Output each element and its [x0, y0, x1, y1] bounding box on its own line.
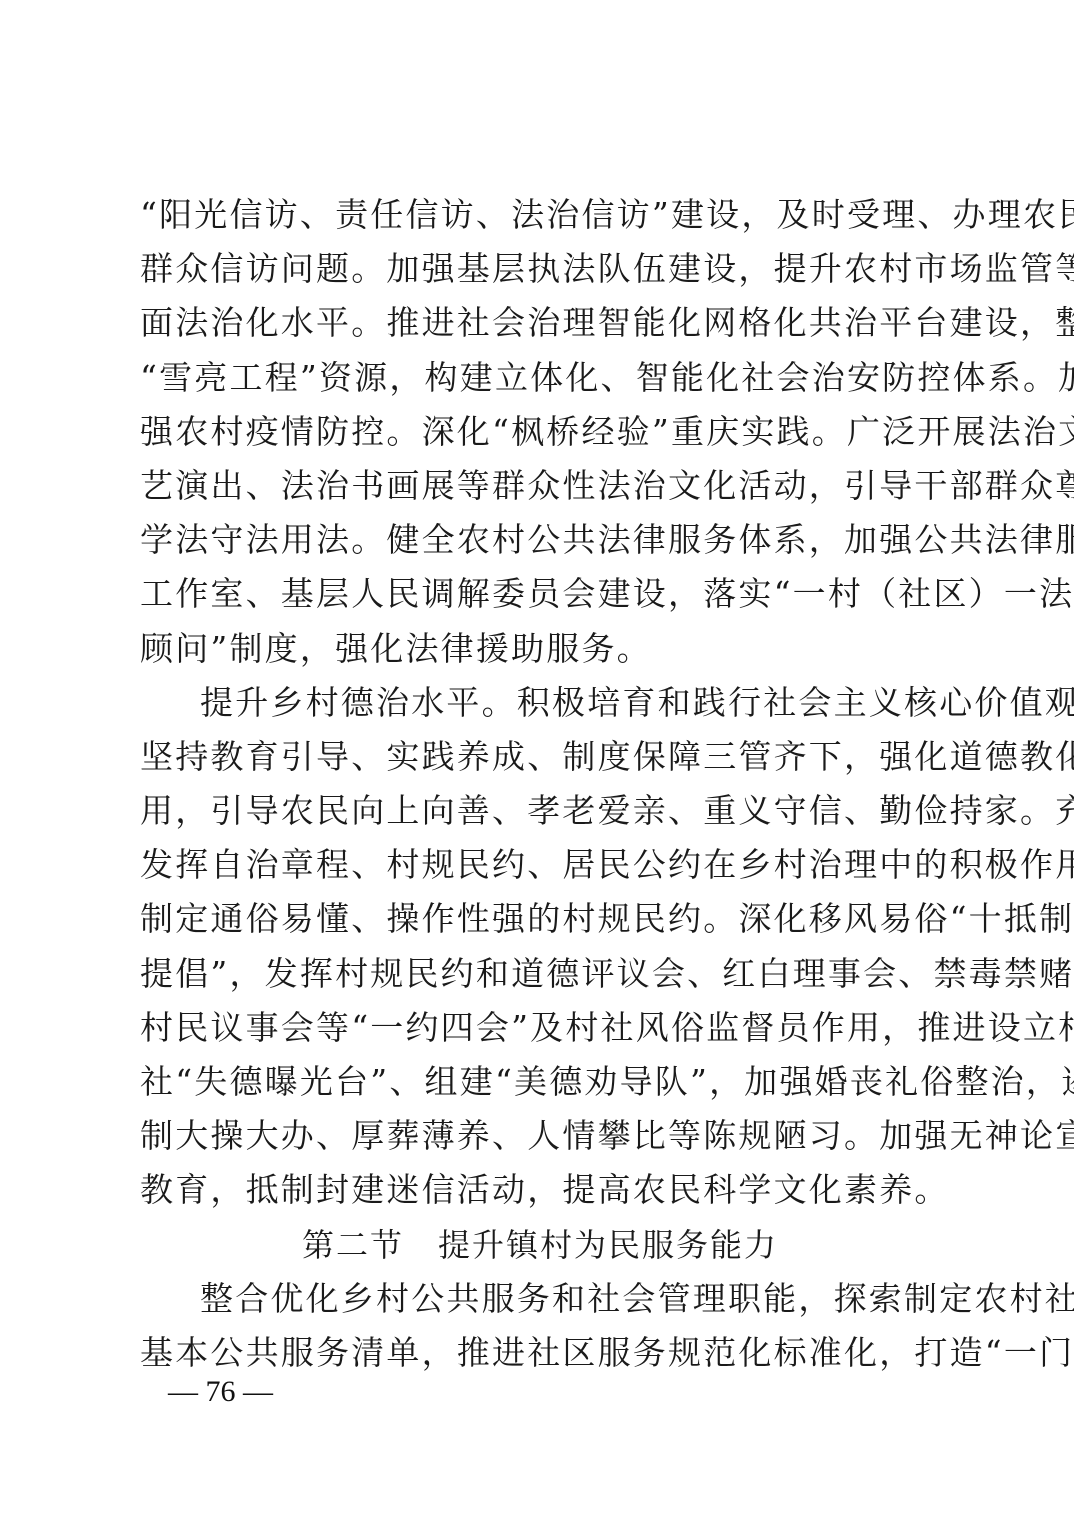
text-line: 提倡”，发挥村规民约和道德评议会、红白理事会、禁毒禁赌会、	[140, 947, 940, 1001]
text-line: 坚持教育引导、实践养成、制度保障三管齐下，强化道德教化作	[140, 730, 940, 784]
text-line: 工作室、基层人民调解委员会建设，落实“一村（社区）一法律	[140, 567, 940, 621]
text-line: 社“失德曝光台”、组建“美德劝导队”，加强婚丧礼俗整治，遏	[140, 1055, 940, 1109]
text-line: 基本公共服务清单，推进社区服务规范化标准化，打造“一门式	[140, 1326, 940, 1380]
text-line: 提升乡村德治水平。积极培育和践行社会主义核心价值观，	[140, 676, 940, 730]
text-line: 整合优化乡村公共服务和社会管理职能，探索制定农村社区	[140, 1272, 940, 1326]
text-line: 教育，抵制封建迷信活动，提高农民科学文化素养。	[140, 1163, 940, 1217]
text-line: 顾问”制度，强化法律援助服务。	[140, 622, 940, 676]
text-line: 艺演出、法治书画展等群众性法治文化活动，引导干部群众尊法	[140, 459, 940, 513]
text-line: 发挥自治章程、村规民约、居民公约在乡村治理中的积极作用，	[140, 838, 940, 892]
text-line: 制定通俗易懂、操作性强的村规民约。深化移风易俗“十抵制十	[140, 892, 940, 946]
document-page: “阳光信访、责任信访、法治信访”建设，及时受理、办理农民 群众信访问题。加强基层…	[140, 188, 940, 1380]
section-heading: 第二节 提升镇村为民服务能力	[140, 1218, 940, 1272]
text-line: 学法守法用法。健全农村公共法律服务体系，加强公共法律服务	[140, 513, 940, 567]
paragraph-rule-of-law: “阳光信访、责任信访、法治信访”建设，及时受理、办理农民 群众信访问题。加强基层…	[140, 188, 940, 676]
text-line: 群众信访问题。加强基层执法队伍建设，提升农村市场监管等方	[140, 242, 940, 296]
page-number: — 76 —	[168, 1375, 273, 1409]
text-line: “雪亮工程”资源，构建立体化、智能化社会治安防控体系。加	[140, 351, 940, 405]
text-line: 面法治化水平。推进社会治理智能化网格化共治平台建设，整合	[140, 296, 940, 350]
paragraph-service-capacity: 整合优化乡村公共服务和社会管理职能，探索制定农村社区 基本公共服务清单，推进社区…	[140, 1272, 940, 1380]
paragraph-rule-of-virtue: 提升乡村德治水平。积极培育和践行社会主义核心价值观， 坚持教育引导、实践养成、制…	[140, 676, 940, 1218]
text-line: 村民议事会等“一约四会”及村社风俗监督员作用，推进设立村	[140, 1001, 940, 1055]
text-line: 强农村疫情防控。深化“枫桥经验”重庆实践。广泛开展法治文	[140, 405, 940, 459]
text-line: 用，引导农民向上向善、孝老爱亲、重义守信、勤俭持家。充分	[140, 784, 940, 838]
text-line: “阳光信访、责任信访、法治信访”建设，及时受理、办理农民	[140, 188, 940, 242]
text-line: 制大操大办、厚葬薄养、人情攀比等陈规陋习。加强无神论宣传	[140, 1109, 940, 1163]
